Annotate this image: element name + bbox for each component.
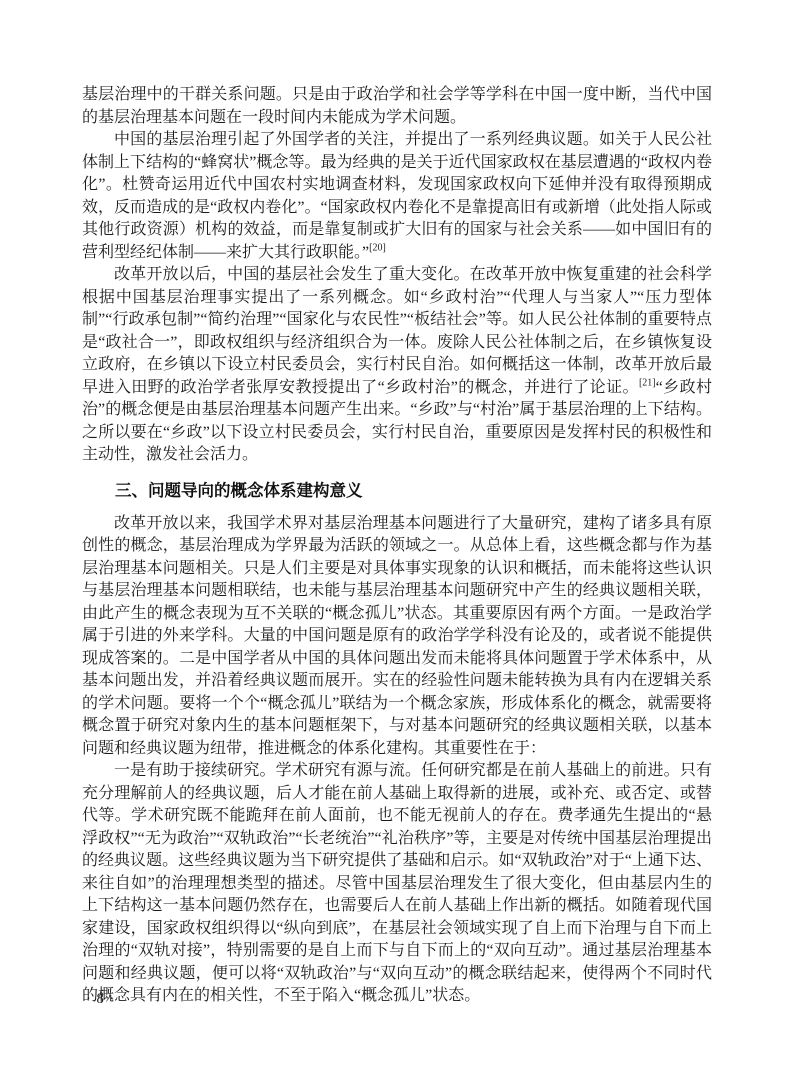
paragraph-5-text: 一是有助于接续研究。学术研究有源与流。任何研究都是在前人基础上的前进。只有充分理… xyxy=(82,762,712,1004)
paragraph-1: 基层治理中的干群关系问题。只是由于政治学和社会学等学科在中国一度中断，当代中国的… xyxy=(82,84,712,129)
page-number: · 8 · xyxy=(86,991,115,1008)
paragraph-4-text: 改革开放以来，我国学术界对基层治理基本问题进行了大量研究，建构了诸多具有原创性的… xyxy=(82,515,712,757)
footnote-ref-20: [20] xyxy=(369,242,386,253)
page-body-text: 基层治理中的干群关系问题。只是由于政治学和社会学等学科在中国一度中断，当代中国的… xyxy=(82,84,712,1008)
paragraph-2-text: 中国的基层治理引起了外国学者的关注，并提出了一系列经典议题。如关于人民公社体制上… xyxy=(82,131,712,261)
paragraph-1-text: 基层治理中的干群关系问题。只是由于政治学和社会学等学科在中国一度中断，当代中国的… xyxy=(82,86,712,126)
paragraph-3: 改革开放以后，中国的基层社会发生了重大变化。在改革开放中恢复重建的社会科学根据中… xyxy=(82,264,712,467)
paragraph-5: 一是有助于接续研究。学术研究有源与流。任何研究都是在前人基础上的前进。只有充分理… xyxy=(82,760,712,1008)
footnote-ref-21: [21] xyxy=(639,377,656,388)
section-heading: 三、问题导向的概念体系建构意义 xyxy=(82,480,712,502)
paper-page: 基层治理中的干群关系问题。只是由于政治学和社会学等学科在中国一度中断，当代中国的… xyxy=(0,0,793,1077)
paragraph-4: 改革开放以来，我国学术界对基层治理基本问题进行了大量研究，建构了诸多具有原创性的… xyxy=(82,513,712,761)
paragraph-3-text-before-ref: 改革开放以后，中国的基层社会发生了重大变化。在改革开放中恢复重建的社会科学根据中… xyxy=(82,266,712,396)
paragraph-2: 中国的基层治理引起了外国学者的关注，并提出了一系列经典议题。如关于人民公社体制上… xyxy=(82,129,712,264)
